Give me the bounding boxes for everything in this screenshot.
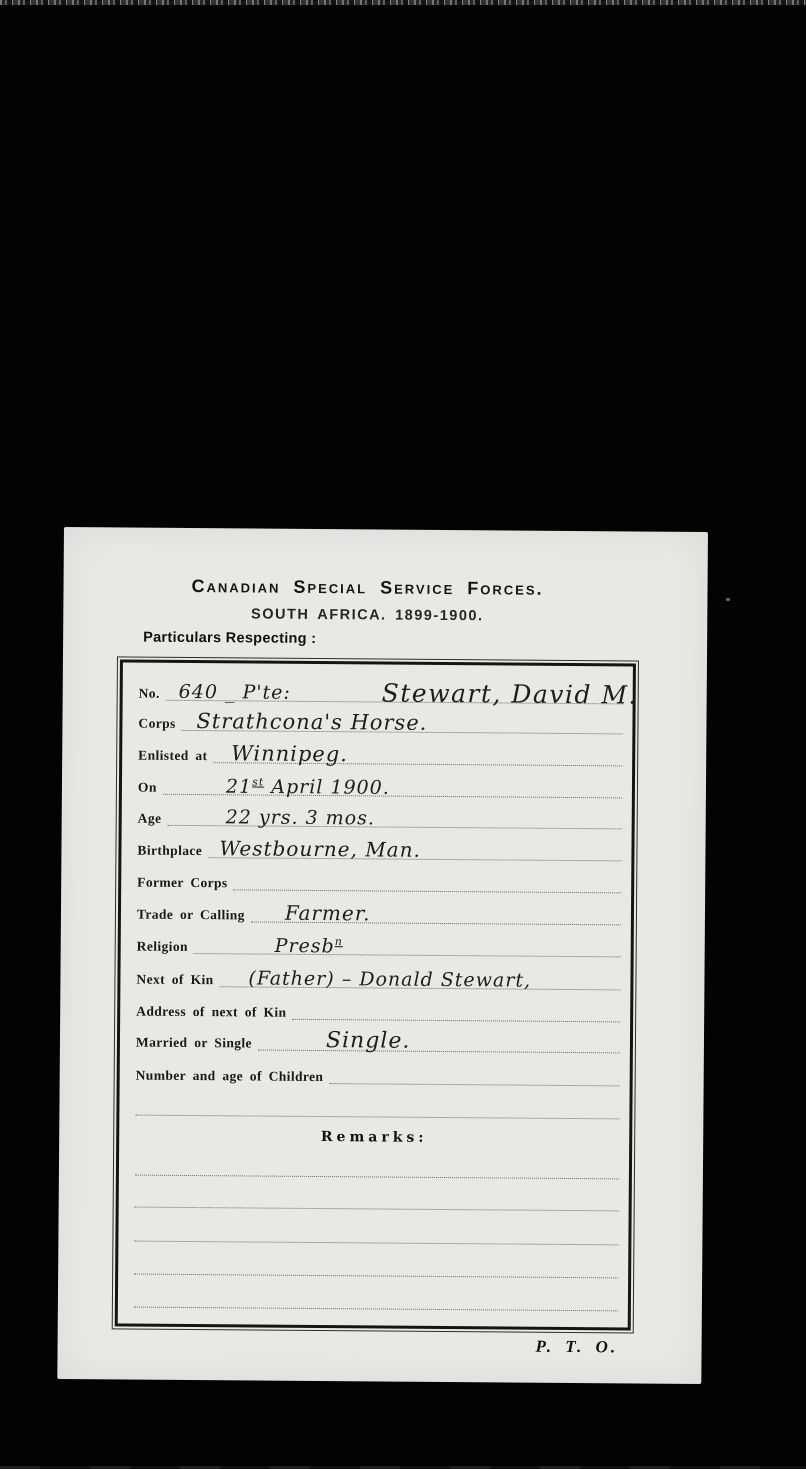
field-label-on-date: On [138, 780, 157, 798]
field-label-enlisted-at: Enlisted at [138, 748, 207, 767]
form-row-number: No. 640 _ P'te: Stewart, David M. [139, 678, 623, 708]
blank-line [134, 1307, 618, 1312]
field-value-corps: Strathcona's Horse. [196, 709, 427, 735]
field-value-enlisted-at: Winnipeg. [231, 741, 348, 766]
field-label-children: Number and age of Children [136, 1068, 324, 1087]
form-row-trade: Trade or Calling Farmer. [137, 899, 621, 929]
field-value-trade: Farmer. [285, 901, 371, 926]
field-label-kin-address: Address of next of Kin [136, 1004, 286, 1023]
form-row-children: Number and age of Children [136, 1060, 620, 1090]
form-row-age: Age 22 yrs. 3 mos. [138, 803, 622, 833]
document-title: Canadian Special Service Forces. [63, 575, 671, 601]
field-label-former-corps: Former Corps [137, 875, 228, 894]
blank-line [135, 1207, 619, 1212]
dotted-leader [194, 953, 621, 957]
field-value-number: 640 _ P'te: [179, 681, 291, 704]
form-row-kin-address: Address of next of Kin [136, 996, 620, 1026]
form-row-enlisted-at: Enlisted at Winnipeg. [138, 740, 622, 770]
remarks-heading: Remarks: [119, 1127, 629, 1147]
field-label-trade: Trade or Calling [137, 907, 245, 926]
form-row-former-corps: Former Corps [137, 867, 621, 897]
paper-speck [726, 598, 730, 601]
field-value-religion: Presbn [275, 934, 343, 957]
form-box-inner: No. 640 _ P'te: Stewart, David M. Corps … [115, 659, 636, 1330]
document-card: Canadian Special Service Forces. SOUTH A… [57, 527, 708, 1384]
dotted-leader [329, 1083, 619, 1086]
field-label-religion: Religion [137, 939, 188, 957]
document-subtitle: SOUTH AFRICA. 1899-1900. [63, 605, 671, 626]
field-value-on-date: 21st April 1900. [226, 775, 390, 799]
form-row-religion: Religion Presbn [137, 931, 621, 961]
field-label-corps: Corps [138, 716, 175, 734]
form-row-married-single: Married or Single Single. [136, 1027, 620, 1057]
dotted-leader [258, 1050, 620, 1054]
field-value-age: 22 yrs. 3 mos. [226, 806, 375, 829]
field-value-married-single: Single. [326, 1028, 411, 1054]
form-row-next-of-kin: Next of Kin (Father) – Donald Stewart, [136, 964, 620, 994]
pto-label: P. T. O. [535, 1337, 618, 1358]
field-label-birthplace: Birthplace [137, 843, 202, 862]
field-label-number: No. [139, 686, 160, 704]
form-row-on-date: On 21st April 1900. [138, 772, 622, 802]
field-label-next-of-kin: Next of Kin [136, 972, 213, 991]
field-value-next-of-kin: (Father) – Donald Stewart, [248, 967, 531, 991]
dotted-leader [292, 1019, 620, 1023]
form-row-corps: Corps Strathcona's Horse. [138, 708, 622, 738]
form-box: No. 640 _ P'te: Stewart, David M. Corps … [112, 656, 639, 1333]
blank-line [134, 1274, 618, 1279]
field-value-birthplace: Westbourne, Man. [219, 836, 421, 862]
field-label-age: Age [138, 811, 162, 829]
blank-line [135, 1175, 619, 1180]
form-row-birthplace: Birthplace Westbourne, Man. [137, 835, 621, 865]
particulars-label: Particulars Respecting : [143, 630, 316, 647]
dotted-leader [234, 889, 622, 893]
blank-line [135, 1115, 619, 1120]
field-label-married-single: Married or Single [136, 1035, 252, 1054]
scan-page: { "document": { "title": "Canadian Speci… [0, 0, 806, 1469]
field-value-name: Stewart, David M. [382, 679, 638, 710]
scanner-noise-strip [0, 0, 806, 5]
blank-line [134, 1241, 618, 1246]
